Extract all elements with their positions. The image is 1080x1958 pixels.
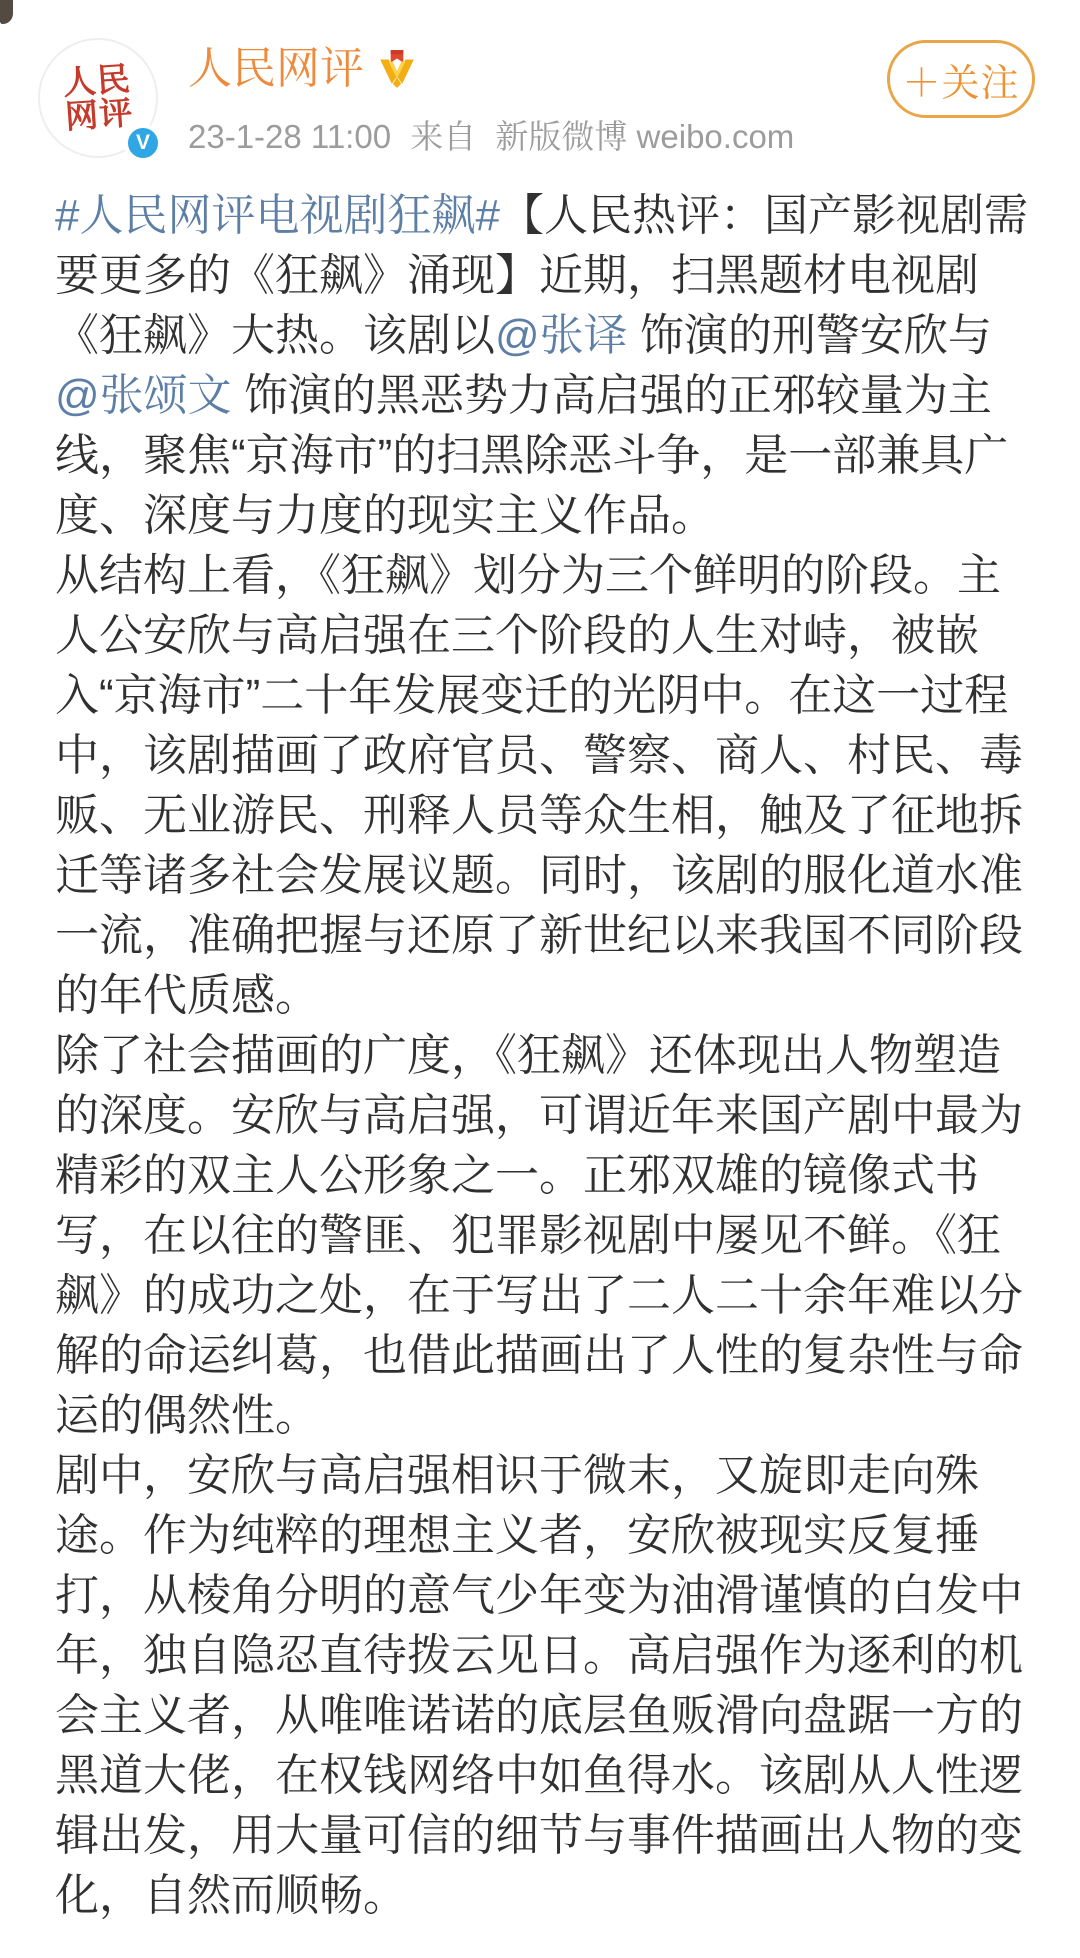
post-content: #人民网评电视剧狂飙#【人民热评：国产影视剧需要更多的《狂飙》涌现】近期，扫黑题… [0, 186, 1080, 1926]
mention-link-zhangsongwen[interactable]: @张颂文 [55, 371, 232, 420]
avatar-logo-text: 人民 网评 [62, 62, 135, 134]
avatar[interactable]: 人民 网评 V [38, 38, 158, 158]
hashtag-link[interactable]: #人民网评电视剧狂飙# [55, 191, 500, 240]
avatar-logo-line2: 网评 [64, 96, 134, 134]
post-paragraph: #人民网评电视剧狂飙#【人民热评：国产影视剧需要更多的《狂飙》涌现】近期，扫黑题… [55, 186, 1035, 546]
paragraph-text: 饰演的刑警安欣与 [628, 311, 992, 360]
mention-link-zhangyi[interactable]: @张译 [495, 311, 628, 360]
post-header: 人民 网评 V 人民网评 23-1-28 11:00 来自 新版微博 weibo… [0, 0, 1080, 158]
timestamp: 23-1-28 11:00 [188, 118, 391, 155]
post-paragraph: 剧中，安欣与高启强相识于微末，又旋即走向殊途。作为纯粹的理想主义者，安欣被现实反… [55, 1446, 1035, 1926]
verified-v-icon: V [124, 124, 162, 162]
source-link: 新版微博 weibo.com [495, 118, 794, 155]
source-prefix: 来自 [410, 118, 476, 155]
post-paragraph: 从结构上看，《狂飙》划分为三个鲜明的阶段。主人公安欣与高启强在三个阶段的人生对峙… [55, 546, 1035, 1026]
username[interactable]: 人民网评 [188, 44, 364, 95]
gold-v-badge-icon [376, 48, 418, 90]
post-paragraph: 除了社会描画的广度，《狂飙》还体现出人物塑造的深度。安欣与高启强，可谓近年来国产… [55, 1026, 1035, 1446]
post-meta: 23-1-28 11:00 来自 新版微博 weibo.com [188, 111, 887, 158]
follow-button[interactable]: ＋关注 [887, 40, 1035, 118]
user-info: 人民网评 23-1-28 11:00 来自 新版微博 weibo.com [188, 38, 887, 158]
